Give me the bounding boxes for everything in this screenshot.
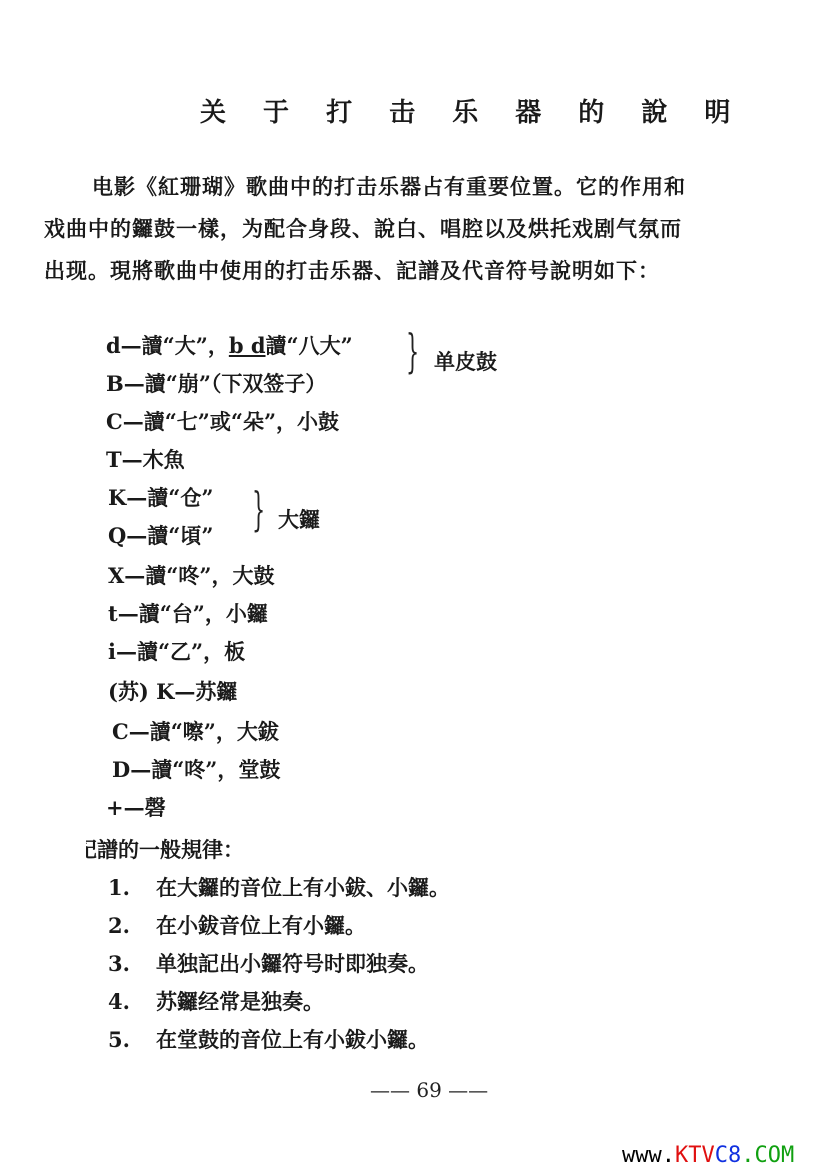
symbol-line-su-k: (苏) K—苏鑼 <box>108 676 237 706</box>
watermark: www.KTVC8.COM <box>622 1143 794 1168</box>
rule-item: 1.在大鑼的音位上有小鈸、小鑼。 <box>108 872 450 902</box>
symbol-line-k: K—讀“仓” <box>108 482 213 512</box>
watermark-part: .COM <box>741 1143 794 1168</box>
group-label-single-skin-drum: 单皮鼓 <box>434 346 497 376</box>
symbol-line-d-drum: D—讀“咚”，堂鼓 <box>112 754 280 784</box>
symbol-line-t-small: t—讀“台”，小鑼 <box>108 598 268 628</box>
rule-item: 3.单独記出小鑼符号时即独奏。 <box>108 948 429 978</box>
page-number: —— 69 —— <box>370 1078 488 1102</box>
rule-item: 2.在小鈸音位上有小鑼。 <box>108 910 366 940</box>
watermark-part: www. <box>622 1143 675 1168</box>
symbol-line-b: B—讀“崩”（下双签子） <box>106 368 326 398</box>
underlined-bd: b d <box>229 333 266 358</box>
rule-item: 5.在堂鼓的音位上有小鈸小鑼。 <box>108 1024 429 1054</box>
symbol-line-c: C—讀“七”或“朵”，小鼓 <box>106 406 339 436</box>
symbol-line-plus: +—磬 <box>106 792 166 822</box>
rule-item: 4.苏鑼经常是独奏。 <box>108 986 324 1016</box>
group-label-big-gong: 大鑼 <box>278 504 320 534</box>
symbol-line-t: T—木魚 <box>106 444 185 474</box>
symbol-line-q: Q—讀“頃” <box>108 520 213 550</box>
page-title: 关 于 打 击 乐 器 的 說 明 <box>200 92 580 129</box>
symbol-line-x: X—讀“咚”，大鼓 <box>108 560 274 590</box>
watermark-part: KTV <box>675 1143 715 1168</box>
brace-icon: } <box>252 486 265 532</box>
symbol-line-c-cymbal: C—讀“嚓”，大鈸 <box>112 716 279 746</box>
intro-paragraph: 电影《紅珊瑚》歌曲中的打击乐器占有重要位置。它的作用和戏曲中的鑼鼓一樣，为配合身… <box>44 166 700 292</box>
symbol-line-d: d—讀“大”，b d讀“八大” <box>106 330 353 360</box>
rules-heading: 記譜的一般規律： <box>86 834 346 864</box>
watermark-part: C8 <box>715 1143 742 1168</box>
brace-icon: } <box>406 328 419 374</box>
symbol-line-i: i—讀“乙”，板 <box>108 636 245 666</box>
